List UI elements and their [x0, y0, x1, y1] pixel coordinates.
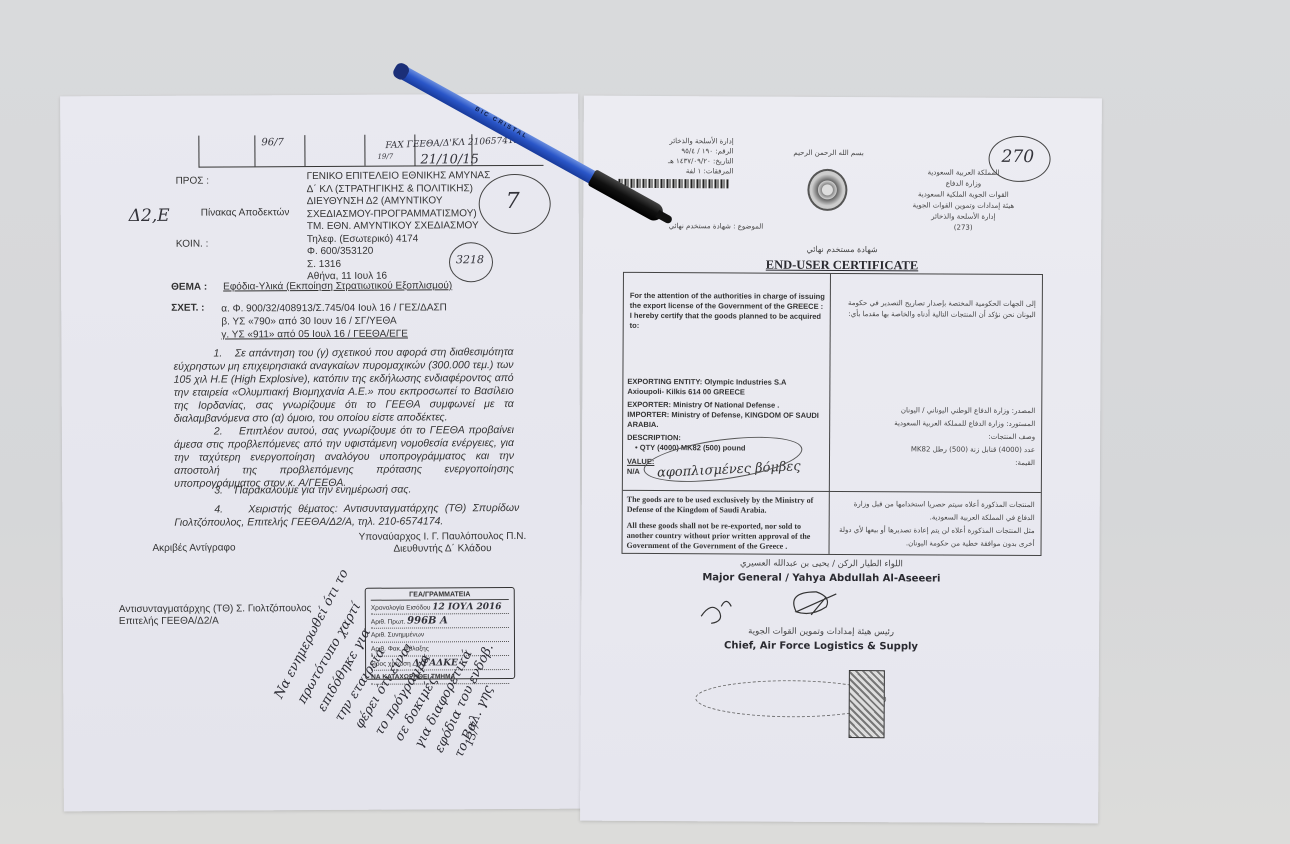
ar-detail-line: وصف المنتجات: — [835, 430, 1035, 444]
header-line: الرقم: ١٩٠ / ٩٥/٤ — [614, 146, 734, 157]
pen-tip — [655, 210, 673, 225]
circled-number-stamp: 3218 — [449, 242, 493, 282]
signatory-english: Major General / Yahya Abdullah Al-Aseeer… — [661, 572, 981, 585]
ar-detail-line: عدد (4000) قنابل زنة (500) رطل MK82 — [835, 443, 1035, 457]
to-label: ΠΡΟΣ : — [176, 176, 209, 187]
paragraph-text: Χειριστής θέματος: Αντισυνταγματάρχης (Τ… — [174, 502, 519, 529]
signatory-title: Διευθυντής Δ΄ Κλάδου — [352, 543, 532, 556]
paragraph-number: 2. — [214, 426, 223, 438]
copy-signer-block: Αντισυνταγματάρχης (ΤΘ) Σ. Γιολτζόπουλος… — [119, 603, 312, 628]
header-line: إدارة الأسلحة والذخائر — [614, 136, 734, 147]
box-divider — [364, 135, 365, 166]
paragraph-2: 2. Επιπλέον αυτού, σας γνωρίζουμε ότι το… — [174, 424, 514, 491]
stamp-row: Χρονολογία Εισόδου 12 ΙΟΥΛ 2016 — [371, 600, 509, 615]
margin-note: Δ2,Ε — [129, 206, 170, 226]
handwritten-annotation: Να ενημερωθεί ότι το πρωτότυπο χαρτί επι… — [60, 94, 578, 97]
stamp-row: Αριθ. Συνημμένων — [371, 628, 509, 643]
row-divider — [623, 490, 1041, 493]
ar-terms: المنتجات المذكورة أعلاه سيتم حصريا استخد… — [835, 498, 1035, 551]
stamp-label: Αριθ. Πρωτ. — [371, 619, 405, 626]
stamp-label: Αριθ. Συνημμένων — [371, 631, 424, 638]
ar-detail-line: المصدر: وزارة الدفاع الوطني اليوناني / ا… — [835, 404, 1035, 418]
subject-label: ΘΕΜΑ : — [171, 282, 207, 293]
circled-number-stamp: 7 — [479, 174, 551, 234]
intro-line: I hereby certify that the goods planned … — [630, 311, 828, 332]
exporting-address: Axioupoli- Kilkis 614 00 GREECE — [627, 387, 825, 398]
greek-document-page: 96/7 19/7 FAX ΓΕΕΘΑ/Δ'ΚΛ 2106574150 21/1… — [60, 94, 582, 812]
certificate-table: For the attention of the authorities in … — [622, 272, 1043, 556]
ar-details: المصدر: وزارة الدفاع الوطني اليوناني / ا… — [835, 404, 1035, 470]
role-arabic: رئيس هيئة إمدادات وتموين القوات الجوية — [681, 626, 961, 637]
box-divider — [304, 135, 305, 166]
ar-intro: إلى الجهات الحكومية المختصة بإصدار تصاري… — [836, 298, 1036, 321]
role-english: Chief, Air Force Logistics & Supply — [661, 640, 981, 653]
sender-line: Τηλεφ. (Εσωτερικό) 4174 — [307, 232, 517, 246]
stamp-row: Αριθ. Πρωτ. 996Β Α — [371, 614, 509, 629]
term-line: المنتجات المذكورة أعلاه سيتم حصريا استخد… — [835, 498, 1035, 525]
column-divider — [829, 274, 831, 554]
refs-list: α. Φ. 900/32/408913/Σ.745/04 Ιουλ 16 / Γ… — [221, 301, 521, 342]
subject-arabic: الموضوع : شهادة مستخدم نهائي — [613, 222, 763, 231]
arabic-header-left: إدارة الأسلحة والذخائر الرقم: ١٩٠ / ٩٥/٤… — [613, 136, 733, 177]
copy-signer-name: Αντισυνταγματάρχης (ΤΘ) Σ. Γιολτζόπουλος — [119, 603, 312, 616]
circled-number: 270 — [1002, 147, 1035, 167]
en-terms: The goods are to be used exclusively by … — [627, 495, 825, 552]
box-mark: 96/7 — [261, 137, 284, 148]
official-seal-stamp — [849, 670, 885, 738]
refs-label: ΣΧΕΤ. : — [171, 303, 204, 314]
header-line: (273) — [883, 222, 1043, 234]
paragraph-number: 3. — [214, 485, 223, 497]
sender-line: ΓΕΝΙΚΟ ΕΠΙΤΕΛΕΙΟ ΕΘΝΙΚΗΣ ΑΜΥΝΑΣ — [307, 170, 517, 184]
paragraph-number: 1. — [213, 348, 222, 360]
header-line: المرفقات: ١ لفة — [613, 166, 733, 177]
ref-item: γ. ΥΣ «911» από 05 Ιουλ 16 / ΓΕΕΘΑ/ΕΓΕ — [221, 327, 521, 342]
importer: IMPORTER: Ministry of Defense, KINGDOM O… — [627, 410, 825, 431]
date-note: 21/10/15 — [420, 152, 478, 167]
signatory-name: Υποναύαρχος Ι. Γ. Παυλόπουλος Π.Ν. — [352, 531, 532, 544]
header-line: إدارة الأسلحة والذخائر — [883, 211, 1043, 223]
intro-line: For the attention of the authorities in … — [630, 291, 828, 312]
stamp-label: Χρονολογία Εισόδου — [371, 604, 431, 611]
header-line: هيئة إمدادات وتموين القوات الجوية — [883, 200, 1043, 212]
term-line: The goods are to be used exclusively by … — [627, 495, 825, 516]
copy-signer-title: Επιτελής ΓΕΕΘΑ/Δ2/Α — [119, 615, 312, 628]
en-intro: For the attention of the authorities in … — [630, 291, 828, 332]
signatory-arabic: اللواء الطيار الركن / يحيى بن عبدالله ال… — [681, 558, 961, 569]
signatory-block: Υποναύαρχος Ι. Γ. Παυλόπουλος Π.Ν. Διευθ… — [352, 531, 532, 556]
cc-label: ΚΟΙΝ. : — [176, 239, 209, 250]
title-arabic: شهادة مستخدم نهائي — [583, 244, 1101, 256]
ar-detail-line: المستورد: وزارة الدفاع للمملكة العربية ا… — [835, 417, 1035, 431]
header-line: وزارة الدفاع — [883, 178, 1043, 190]
subject: Εφόδια-Υλικά (Εκποίηση Στρατιωτικού Εξοπ… — [223, 280, 452, 292]
term-line: All these goods shall not be re-exported… — [627, 521, 825, 552]
ar-detail-line: القيمة: — [835, 456, 1035, 470]
barcode — [618, 179, 728, 189]
paragraph-number: 4. — [214, 504, 223, 516]
paragraph-text: Επιπλέον αυτού, σας γνωρίζουμε ότι το ΓΕ… — [174, 424, 514, 490]
arabic-header-right: المملكة العربية السعودية وزارة الدفاع ال… — [883, 167, 1043, 234]
paragraph-1: 1. Σε απάντηση του (γ) σχετικού που αφορ… — [173, 346, 513, 426]
box-divider — [254, 135, 255, 166]
saudi-air-force-emblem — [807, 169, 847, 211]
recipients-label: Πίνακας Αποδεκτών — [201, 207, 290, 218]
paragraph-4: 4. Χειριστής θέματος: Αντισυνταγματάρχης… — [174, 502, 519, 530]
header-line: القوات الجوية الملكية السعودية — [883, 189, 1043, 201]
paragraph-text: Παρακαλούμε για την ενημέρωσή σας. — [235, 484, 412, 497]
header-line: التاريخ: ١٤٣٧/٠٩/٢٠ هـ — [614, 156, 734, 167]
header-line: المملكة العربية السعودية — [883, 167, 1043, 179]
basmala: بسم الله الرحمن الرحيم — [774, 149, 884, 158]
certified-copy-label: Ακριβές Αντίγραφο — [152, 542, 235, 553]
circled-number: 3218 — [456, 253, 484, 266]
circled-number: 7 — [506, 189, 520, 214]
box-mark: 19/7 — [377, 153, 393, 161]
term-line: مثل المنتجات المذكورة أعلاه لن يتم إعادة… — [835, 524, 1035, 551]
paragraph-3: 3. Παρακαλούμε για την ενημέρωσή σας. — [174, 483, 514, 498]
stamp-value: 12 ΙΟΥΛ 2016 — [432, 602, 501, 612]
stamp-value: 996Β Α — [407, 615, 448, 626]
paragraph-text: Σε απάντηση του (γ) σχετικού που αφορά σ… — [174, 346, 514, 425]
